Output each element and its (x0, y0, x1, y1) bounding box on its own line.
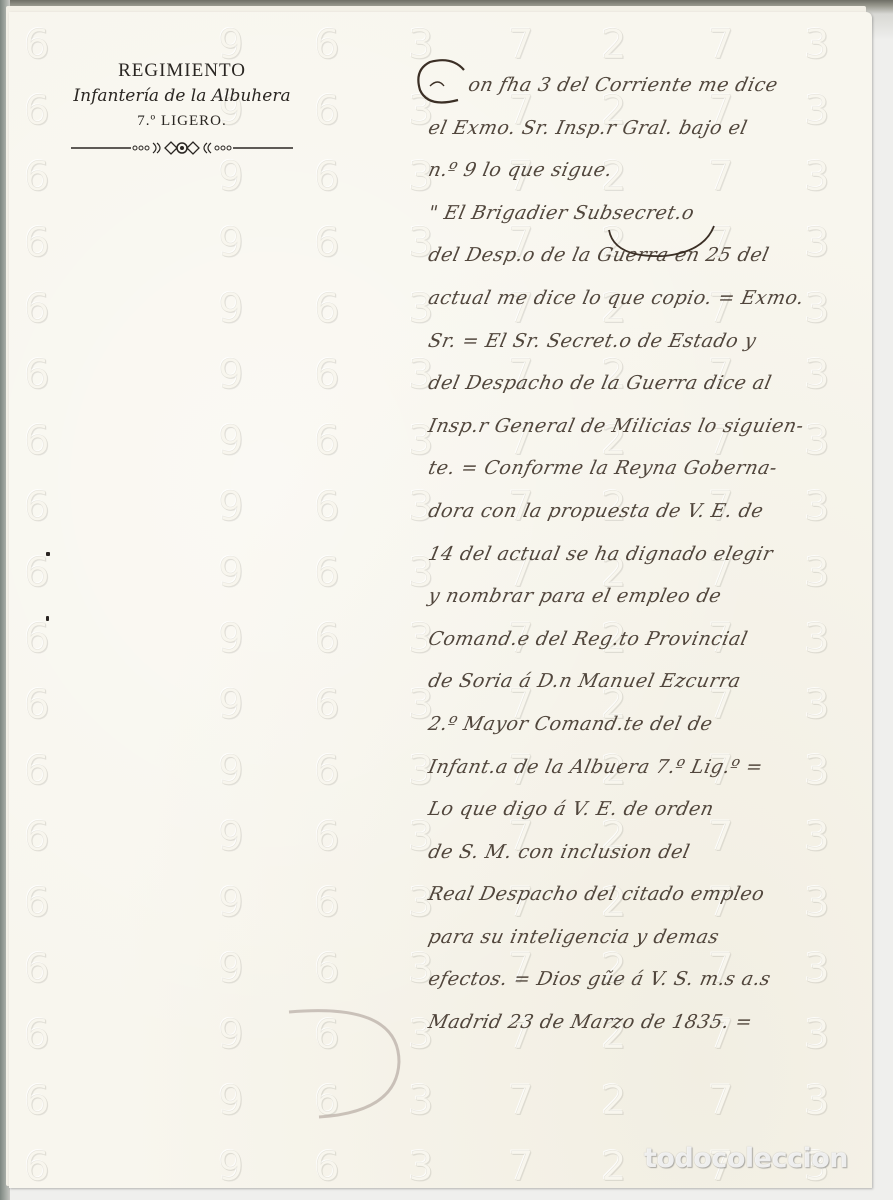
emboss-digit: 7 (508, 1134, 533, 1188)
manuscript-line: Real Despacho del citado empleo (424, 873, 872, 916)
manuscript-line: te. = Conforme la Reyna Goberna- (424, 447, 872, 490)
letterhead-infantry-name: Infantería de la Albuhera (37, 83, 327, 109)
emboss-digit: 6 (314, 276, 339, 342)
manuscript-line: Insp.r General de Milicias lo siguien- (424, 405, 872, 448)
manuscript-line: 14 del actual se ha dignado elegir (424, 533, 872, 576)
emboss-digit: 6 (314, 210, 339, 276)
manuscript-line: Madrid 23 de Marzo de 1835. = (424, 1001, 872, 1044)
emboss-digit: 7 (508, 1068, 533, 1134)
emboss-digit: 6 (314, 672, 339, 738)
emboss-digit: 7 (708, 1068, 733, 1134)
emboss-digit: 6 (314, 1134, 339, 1188)
emboss-digit: 3 (408, 1134, 433, 1188)
document-page: 6666666666666666669999999999999999996666… (9, 12, 872, 1188)
emboss-digit: 6 (24, 1002, 49, 1068)
manuscript-line: de Soria á D.n Manuel Ezcurra (424, 660, 872, 703)
emboss-digit: 9 (218, 1002, 243, 1068)
ornament-rule-icon (71, 141, 293, 155)
emboss-digit: 6 (314, 474, 339, 540)
emboss-digit: 6 (24, 1134, 49, 1188)
emboss-digit: 6 (24, 342, 49, 408)
emboss-digit: 9 (218, 474, 243, 540)
manuscript-line: de S. M. con inclusion del (424, 831, 872, 874)
emboss-digit: 9 (218, 540, 243, 606)
manuscript-line: on fha 3 del Corriente me dice (424, 64, 872, 107)
emboss-digit: 2 (601, 1068, 626, 1134)
emboss-digit: 6 (24, 738, 49, 804)
letterhead-regiment-title: REGIMIENTO (37, 59, 327, 83)
emboss-digit: 3 (804, 1068, 829, 1134)
site-watermark: todocoleccion (644, 1143, 848, 1174)
emboss-column: 666666666666666666 (17, 12, 57, 1188)
emboss-digit: 6 (314, 738, 339, 804)
emboss-digit: 6 (24, 870, 49, 936)
emboss-digit: 6 (314, 870, 339, 936)
emboss-digit: 6 (24, 210, 49, 276)
letterhead-unit-number: 7.º LIGERO. (37, 109, 327, 133)
letterhead: REGIMIENTO Infantería de la Albuhera 7.º… (37, 59, 327, 160)
manuscript-line: dora con la propuesta de V. E. de (424, 490, 872, 533)
emboss-digit: 6 (314, 936, 339, 1002)
emboss-digit: 6 (24, 804, 49, 870)
manuscript-line: el Exmo. Sr. Insp.r Gral. bajo el (424, 107, 872, 150)
manuscript-line: Infant.a de la Albuera 7.º Lig.º = (424, 746, 872, 789)
emboss-digit: 9 (218, 804, 243, 870)
emboss-digit: 9 (218, 606, 243, 672)
manuscript-line: Sr. = El Sr. Secret.o de Estado y (424, 320, 872, 363)
ink-spot (46, 552, 50, 556)
emboss-digit: 6 (24, 672, 49, 738)
emboss-digit: 9 (218, 1134, 243, 1188)
manuscript-line: del Despacho de la Guerra dice al (424, 362, 872, 405)
ink-spot (46, 616, 49, 621)
emboss-digit: 6 (24, 1068, 49, 1134)
manuscript-line: actual me dice lo que copio. = Exmo. (424, 277, 872, 320)
emboss-digit: 6 (24, 936, 49, 1002)
flourish-icon (604, 222, 724, 262)
emboss-digit: 9 (218, 1068, 243, 1134)
emboss-digit: 6 (314, 540, 339, 606)
emboss-digit: 6 (314, 342, 339, 408)
manuscript-line: y nombrar para el empleo de (424, 575, 872, 618)
handwritten-letter: on fha 3 del Corriente me diceel Exmo. S… (424, 64, 864, 1044)
stain-arc-icon (279, 1002, 429, 1122)
emboss-digit: 6 (24, 276, 49, 342)
emboss-digit: 9 (218, 672, 243, 738)
manuscript-line: para su inteligencia y demas (424, 916, 872, 959)
emboss-column: 999999999999999999 (211, 12, 251, 1188)
emboss-digit: 6 (314, 606, 339, 672)
manuscript-line: Lo que digo á V. E. de orden (424, 788, 872, 831)
emboss-digit: 9 (218, 408, 243, 474)
emboss-digit: 9 (218, 870, 243, 936)
emboss-digit: 6 (24, 408, 49, 474)
emboss-digit: 9 (218, 738, 243, 804)
manuscript-lines: on fha 3 del Corriente me diceel Exmo. S… (424, 64, 864, 1044)
manuscript-line: 2.º Mayor Comand.te del de (424, 703, 872, 746)
manuscript-line: efectos. = Dios gũe á V. S. m.s a.s (424, 958, 872, 1001)
emboss-digit: 6 (24, 540, 49, 606)
emboss-digit: 6 (314, 804, 339, 870)
emboss-digit: 9 (218, 936, 243, 1002)
emboss-digit: 6 (314, 408, 339, 474)
emboss-digit: 9 (218, 276, 243, 342)
emboss-digit: 9 (218, 342, 243, 408)
emboss-digit: 2 (601, 1134, 626, 1188)
emboss-digit: 9 (218, 210, 243, 276)
manuscript-line: n.º 9 lo que sigue. (424, 149, 872, 192)
emboss-digit: 6 (24, 474, 49, 540)
manuscript-line: Comand.e del Reg.to Provincial (424, 618, 872, 661)
